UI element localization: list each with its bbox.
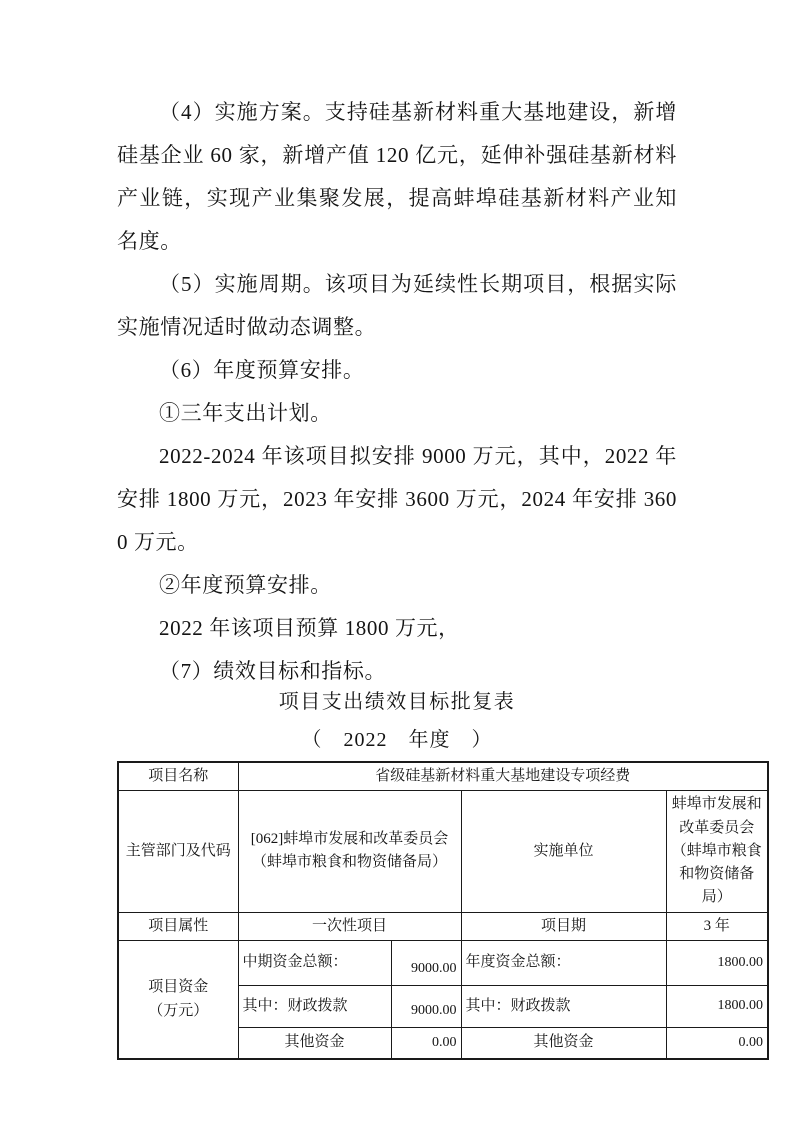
mid-other-value: 0.00	[391, 1027, 461, 1059]
project-name-label: 项目名称	[118, 762, 238, 791]
impl-unit-value: 蚌埠市发展和改革委员会（蚌埠市粮食和物资储备局）	[666, 791, 768, 912]
impl-unit-label: 实施单位	[461, 791, 666, 912]
annual-other-label: 其他资金	[461, 1027, 666, 1059]
body-paragraph: 2022-2024 年该项目拟安排 9000 万元，其中，2022 年安排 18…	[117, 435, 677, 564]
project-name-value: 省级硅基新材料重大基地建设专项经费	[238, 762, 768, 791]
table-row-department: 主管部门及代码 [062]蚌埠市发展和改革委员会（蚌埠市粮食和物资储备局） 实施…	[118, 791, 768, 912]
period-label: 项目期	[461, 912, 666, 940]
performance-target-table: 项目名称 省级硅基新材料重大基地建设专项经费 主管部门及代码 [062]蚌埠市发…	[117, 761, 769, 1060]
document-page: （4）实施方案。支持硅基新材料重大基地建设，新增硅基企业 60 家，新增产值 1…	[0, 0, 793, 1122]
annual-fiscal-value: 1800.00	[666, 985, 768, 1027]
body-paragraph: （6）年度预算安排。	[117, 349, 677, 392]
body-paragraph: 2022 年该项目预算 1800 万元，	[117, 607, 677, 650]
mid-fiscal-value: 9000.00	[391, 985, 461, 1027]
annual-fiscal-label: 其中：财政拨款	[461, 985, 666, 1027]
funds-label: 项目资金 （万元）	[118, 940, 238, 1059]
period-value: 3 年	[666, 912, 768, 940]
annual-other-value: 0.00	[666, 1027, 768, 1059]
mid-total-value: 9000.00	[391, 940, 461, 985]
table-row-project-name: 项目名称 省级硅基新材料重大基地建设专项经费	[118, 762, 768, 791]
table-row-attribute: 项目属性 一次性项目 项目期 3 年	[118, 912, 768, 940]
document-body: （4）实施方案。支持硅基新材料重大基地建设，新增硅基企业 60 家，新增产值 1…	[117, 0, 677, 1060]
body-paragraph: （4）实施方案。支持硅基新材料重大基地建设，新增硅基企业 60 家，新增产值 1…	[117, 91, 677, 263]
body-paragraph: ①三年支出计划。	[117, 392, 677, 435]
table-year-line: （ 2022 年度 ）	[117, 723, 677, 757]
annual-total-label: 年度资金总额：	[461, 940, 666, 985]
table-row-total-funds: 项目资金 （万元） 中期资金总额： 9000.00 年度资金总额： 1800.0…	[118, 940, 768, 985]
attr-label: 项目属性	[118, 912, 238, 940]
annual-total-value: 1800.00	[666, 940, 768, 985]
attr-value: 一次性项目	[238, 912, 461, 940]
body-paragraph: （5）实施周期。该项目为延续性长期项目，根据实际实施情况适时做动态调整。	[117, 263, 677, 349]
body-paragraph: ②年度预算安排。	[117, 564, 677, 607]
mid-total-label: 中期资金总额：	[238, 940, 391, 985]
dept-value: [062]蚌埠市发展和改革委员会（蚌埠市粮食和物资储备局）	[238, 791, 461, 912]
mid-other-label: 其他资金	[238, 1027, 391, 1059]
dept-label: 主管部门及代码	[118, 791, 238, 912]
mid-fiscal-label: 其中：财政拨款	[238, 985, 391, 1027]
